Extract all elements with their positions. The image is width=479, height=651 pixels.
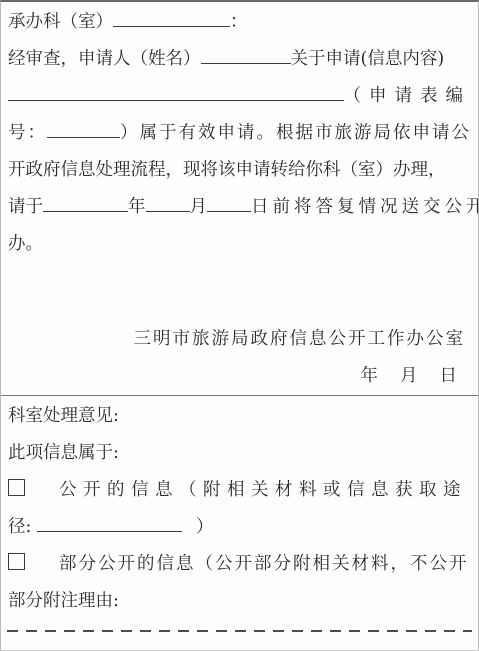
option-public-label: 公开的信息（附相关材料或信息获取途	[59, 480, 467, 500]
public-info-checkbox[interactable]	[8, 479, 25, 496]
option-public-close-paren: ）	[196, 517, 214, 537]
form-content: 承办科（室）： 经审查，申请人（姓名）关于申请(信息内容) （申请表编 号：）属…	[1, 2, 478, 395]
signature-spacer	[8, 263, 471, 321]
form-number-blank[interactable]	[47, 115, 120, 138]
closing-line: 办。	[8, 226, 471, 263]
date-month-label: 月	[400, 366, 418, 386]
addressee-line: 承办科（室）：	[8, 4, 471, 41]
content-blank-line: （申请表编	[8, 78, 471, 115]
closing-text: 办。	[8, 234, 43, 254]
issuing-office-name: 三明市旅游局政府信息公开工作办公室	[134, 329, 466, 349]
applicant-line: 经审查，申请人（姓名）关于申请(信息内容)	[8, 41, 471, 78]
access-path-blank[interactable]	[37, 509, 182, 532]
option-partial-label: 部分公开的信息（公开部分附相关材料，不公开	[59, 554, 469, 574]
addressee-label: 承办科（室）	[8, 12, 113, 32]
deadline-month-blank[interactable]	[146, 189, 190, 212]
deadline-month-label: 月	[190, 197, 208, 217]
deadline-prefix: 请于	[8, 197, 43, 217]
option-partial-cont-line: 部分附注理由:	[8, 583, 471, 620]
option-partial-line: 部分公开的信息（公开部分附相关材料，不公开	[8, 546, 471, 583]
office-name-blank[interactable]	[113, 4, 230, 27]
form-number-line: 号：）属于有效申请。根据市旅游局依申请公	[8, 115, 471, 152]
form-number-label-part1: （申请表编	[344, 78, 472, 115]
classification-heading: 此项信息属于:	[8, 443, 119, 463]
request-content-blank[interactable]	[8, 78, 344, 101]
deadline-line: 请于年月日前将答复情况送交公开	[8, 189, 471, 226]
deadline-year-label: 年	[128, 197, 146, 217]
date-year-label: 年	[361, 366, 379, 386]
validity-text: ）属于有效申请。根据市旅游局依申请公	[120, 123, 471, 143]
date-day-label: 日	[440, 366, 458, 386]
process-text-line: 开政府信息处理流程，现将该申请转给你科（室）办理，	[8, 152, 471, 189]
handling-heading-line: 科室处理意见:	[8, 398, 471, 435]
date-line: 年月日	[8, 358, 471, 395]
classification-heading-line: 此项信息属于:	[8, 435, 471, 472]
access-path-label: 径:	[8, 517, 31, 537]
deadline-year-blank[interactable]	[43, 189, 128, 212]
process-text: 开政府信息处理流程，现将该申请转给你科（室）办理，	[8, 160, 446, 180]
form-page: 承办科（室）： 经审查，申请人（姓名）关于申请(信息内容) （申请表编 号：）属…	[0, 0, 479, 651]
form-number-label-part2: 号：	[8, 123, 47, 143]
deadline-suffix: 日前将答复情况送交公开	[251, 197, 479, 217]
tear-off-dashed-rule	[7, 630, 472, 632]
signature-line: 三明市旅游局政府信息公开工作办公室	[8, 321, 471, 358]
request-content-label: 关于申请(信息内容)	[291, 49, 445, 69]
partial-reason-label: 部分附注理由:	[8, 591, 119, 611]
option-public-line: 公开的信息（附相关材料或信息获取途	[8, 472, 471, 509]
addressee-colon: ：	[230, 12, 248, 32]
option-public-cont-line: 径: ）	[8, 509, 471, 546]
handling-heading: 科室处理意见:	[8, 406, 119, 426]
deadline-day-blank[interactable]	[207, 189, 251, 212]
partial-info-checkbox[interactable]	[8, 553, 25, 570]
applicant-name-blank[interactable]	[201, 41, 291, 64]
applicant-label: 经审查，申请人（姓名）	[8, 49, 201, 69]
handling-section: 科室处理意见: 此项信息属于: 公开的信息（附相关材料或信息获取途 径: ） 部…	[1, 396, 478, 632]
